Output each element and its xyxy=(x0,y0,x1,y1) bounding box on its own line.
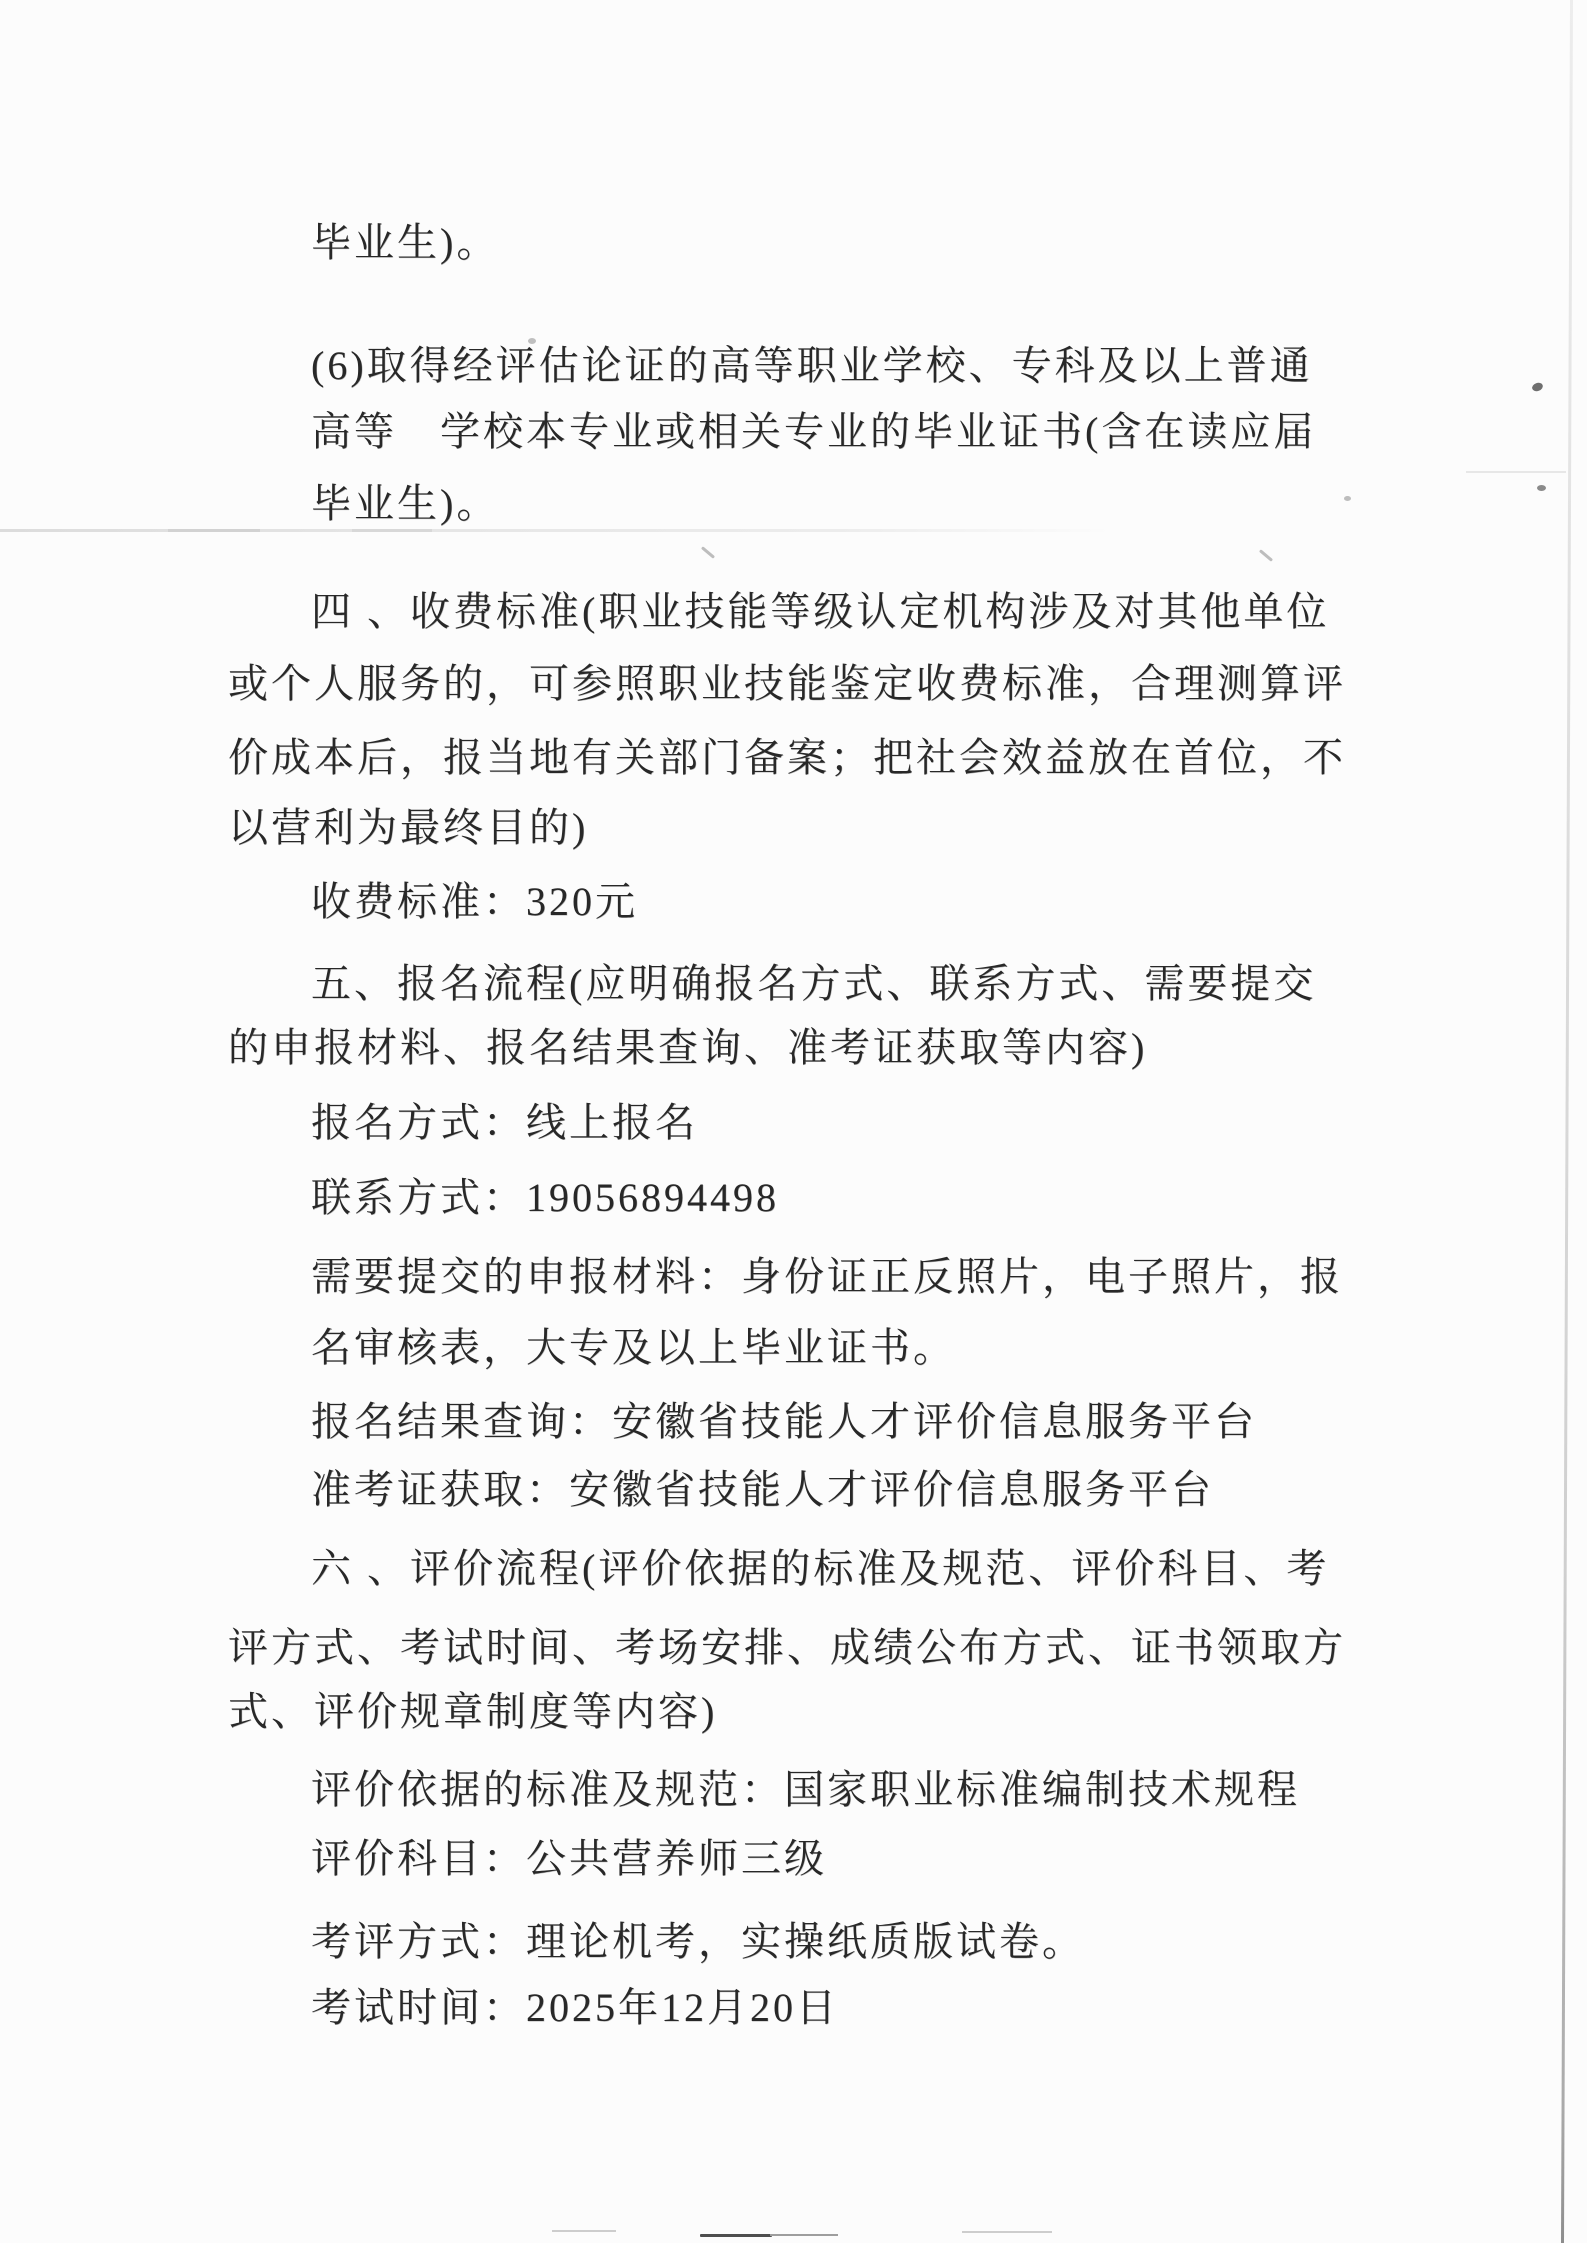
text-line: 高等 学校本专业或相关专业的毕业证书(含在读应届 xyxy=(311,404,1316,460)
text-line: 评价依据的标准及规范：国家职业标准编制技术规程 xyxy=(311,1762,1300,1818)
text-line: 报名方式：线上报名 xyxy=(311,1095,698,1151)
scan-seam-line xyxy=(0,529,1115,532)
text-line: 考试时间：2025年12月20日 xyxy=(311,1980,839,2036)
text-line: 毕业生)。 xyxy=(311,215,499,271)
ink-speck xyxy=(1531,381,1544,392)
text-line: 评价科目：公共营养师三级 xyxy=(311,1831,827,1887)
scan-vertical-edge-line xyxy=(1561,0,1573,2243)
text-line: 准考证获取：安徽省技能人才评价信息服务平台 xyxy=(311,1462,1214,1518)
text-line: 收费标准：320元 xyxy=(311,874,638,930)
ink-speck xyxy=(1537,485,1546,491)
text-line: 评方式、考试时间、考场安排、成绩公布方式、证书领取方 xyxy=(228,1620,1346,1676)
ink-tick-mark xyxy=(1259,549,1273,562)
ink-tick-mark xyxy=(701,546,715,559)
text-line: 需要提交的申报材料：身份证正反照片，电子照片，报 xyxy=(311,1249,1343,1305)
text-line: 名审核表，大专及以上毕业证书。 xyxy=(311,1320,956,1376)
scanned-document-page: 毕业生)。 (6)取得经评估论证的高等职业学校、专科及以上普通 高等 学校本专业… xyxy=(0,0,1587,2243)
text-line: 式、评价规章制度等内容) xyxy=(228,1684,717,1740)
text-line: 价成本后，报当地有关部门备案；把社会效益放在首位，不 xyxy=(228,730,1346,786)
text-line: 六 、评价流程(评价依据的标准及规范、评价科目、考 xyxy=(311,1541,1329,1597)
text-line: 考评方式：理论机考，实操纸质版试卷。 xyxy=(311,1914,1085,1970)
bottom-scan-mark xyxy=(770,2234,838,2236)
text-line: 的申报材料、报名结果查询、准考证获取等内容) xyxy=(228,1020,1147,1076)
text-line: 五、报名流程(应明确报名方式、联系方式、需要提交 xyxy=(311,956,1316,1012)
text-line: (6)取得经评估论证的高等职业学校、专科及以上普通 xyxy=(311,338,1313,394)
text-line: 报名结果查询：安徽省技能人才评价信息服务平台 xyxy=(311,1394,1257,1450)
bottom-scan-mark xyxy=(962,2231,1052,2233)
bottom-scan-mark xyxy=(700,2234,772,2237)
text-line: 联系方式：19056894498 xyxy=(311,1170,779,1226)
scan-seam-right-mark xyxy=(1466,471,1566,473)
scan-seam-dash xyxy=(168,529,260,532)
text-line: 四 、收费标准(职业技能等级认定机构涉及对其他单位 xyxy=(311,584,1329,640)
text-line: 毕业生)。 xyxy=(311,476,499,532)
ink-speck xyxy=(1344,496,1351,501)
text-line: 以营利为最终目的) xyxy=(228,800,588,856)
text-line: 或个人服务的，可参照职业技能鉴定收费标准，合理测算评 xyxy=(228,656,1346,712)
bottom-scan-mark xyxy=(552,2230,616,2232)
